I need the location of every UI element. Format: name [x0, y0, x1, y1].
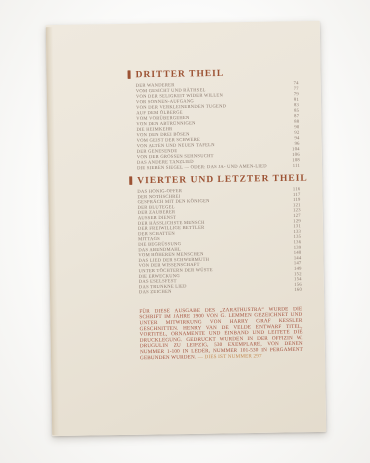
toc-entry: DIE SIEBEN SIEGEL — ODER: DAS JA- UND AM… [137, 163, 300, 171]
deckle-paper-edge [46, 27, 59, 435]
toc-entry: DAS ZEICHEN 160 [139, 287, 302, 295]
colophon-copy-number: — DIES IST NUMMER 297 [198, 353, 262, 360]
ornament-bar-icon [129, 176, 132, 185]
toc-entry-page-number: 160 [290, 287, 302, 292]
toc-entry-title: DIE SIEBEN SIEGEL — ODER: DAS JA- UND AM… [137, 163, 267, 171]
toc-list-part3: DER WANDERER 74 VOM GESICHT UND RÄTHSEL … [136, 80, 300, 171]
toc-section-vierter-theil: VIERTER UND LETZTER THEIL DAS HONIG-OPFE… [137, 173, 302, 294]
toc-section-dritter-theil: DRITTER THEIL DER WANDERER 74 VOM GESICH… [136, 67, 301, 171]
toc-entry-title: DAS ZEICHEN [139, 289, 172, 295]
section-title-dritter-theil: DRITTER THEIL [136, 67, 299, 80]
section-title-vierter-theil: VIERTER UND LETZTER THEIL [137, 173, 300, 186]
section-title-text: DRITTER THEIL [135, 68, 224, 80]
table-of-contents: DRITTER THEIL DER WANDERER 74 VOM GESICH… [136, 67, 304, 366]
section-title-text: VIERTER UND LETZTER THEIL [137, 173, 308, 186]
book-page: DRITTER THEIL DER WANDERER 74 VOM GESICH… [46, 21, 326, 436]
photo-background: DRITTER THEIL DER WANDERER 74 VOM GESICH… [0, 0, 370, 463]
toc-list-part4: DAS HONIG-OPFER 116 DER NOTHSCHREI 117 G… [137, 186, 302, 294]
colophon: FÜR DIESE AUSGABE DES „ZARATHUSTRA“ WURD… [139, 306, 303, 361]
ornament-bar-icon [128, 70, 131, 79]
colophon-text: FÜR DIESE AUSGABE DES „ZARATHUSTRA“ WURD… [139, 306, 303, 360]
toc-entry-page-number: 111 [289, 163, 300, 169]
